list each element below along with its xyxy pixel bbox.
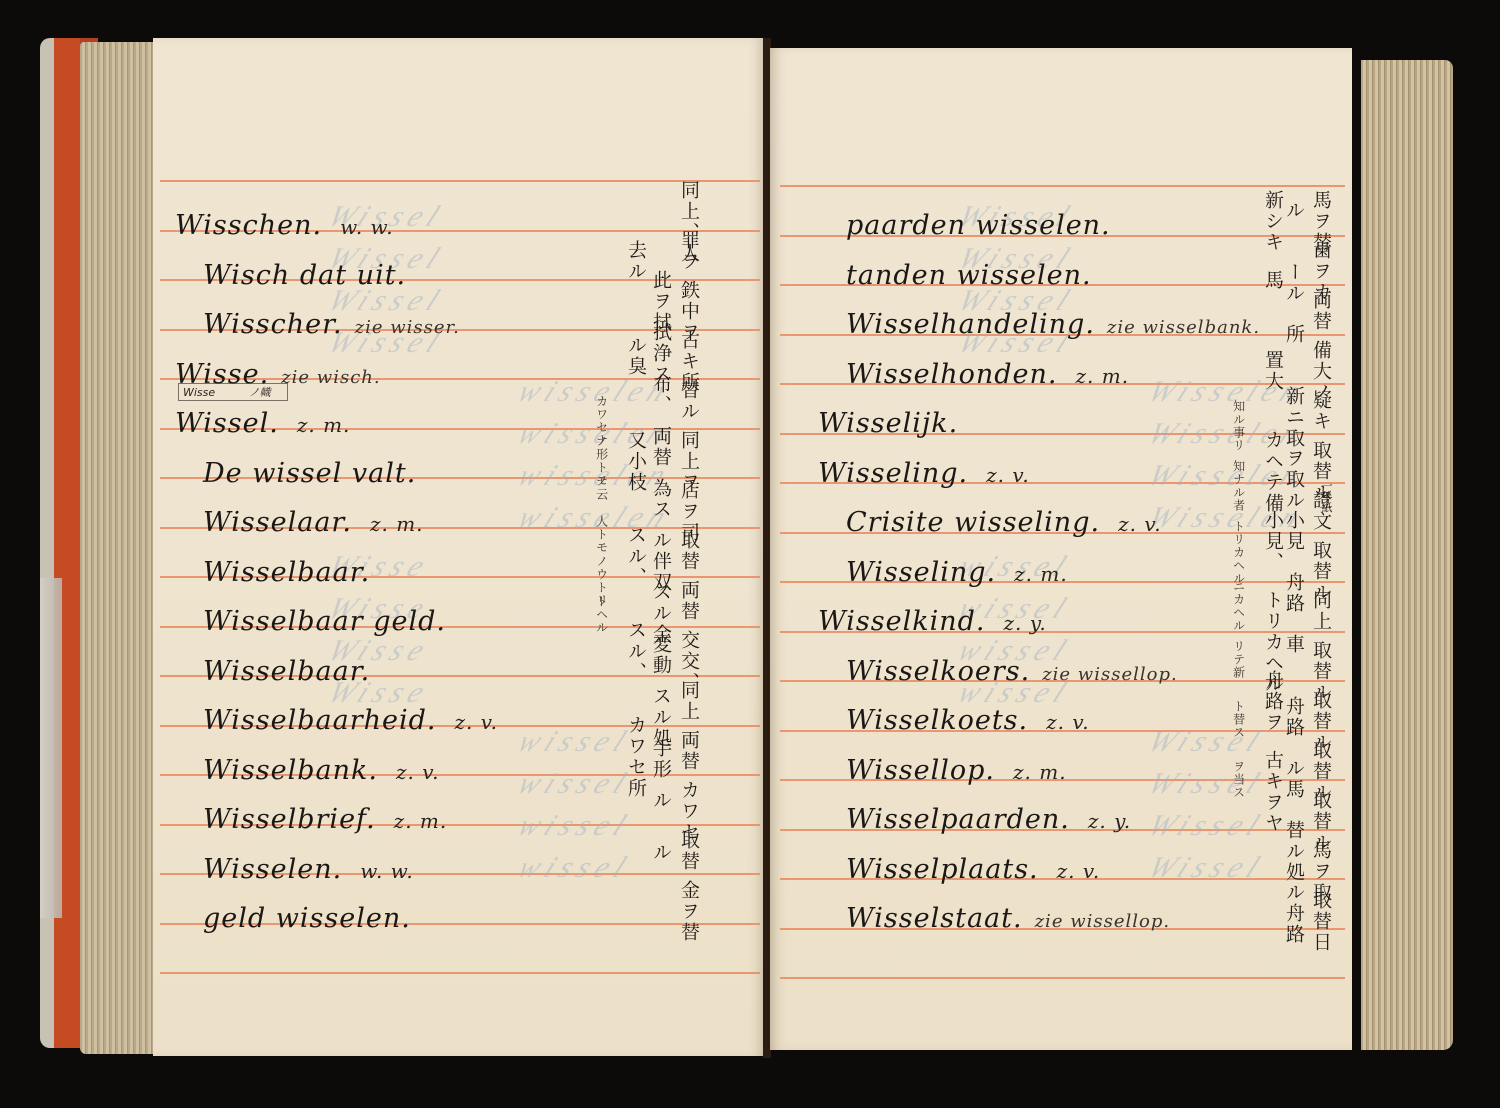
japanese-gloss: 同上 — [1310, 590, 1330, 632]
japanese-gloss-tertiary: カヘテ備 — [1262, 430, 1282, 514]
japanese-gloss-secondary: 替ル処 — [1283, 820, 1303, 883]
entry-grammar: z. v. — [986, 463, 1030, 487]
dictionary-entry: Wisscher.zie wisser. — [203, 309, 460, 340]
ruled-line — [780, 977, 1345, 979]
dictionary-entry: Wissel.z. m. — [175, 408, 350, 439]
japanese-small-gloss: トリカヘル — [1232, 520, 1245, 585]
entry-headword: Wisselpaarden. — [846, 804, 1070, 835]
dictionary-entry: Wisselbaar. — [203, 656, 370, 687]
dictionary-entry: Wisselhonden.z. m. — [846, 359, 1129, 390]
dictionary-entry: paarden wisselen. — [846, 210, 1111, 241]
entry-grammar: z. m. — [297, 413, 351, 437]
entry-headword: Wisch dat uit. — [203, 260, 406, 291]
japanese-small-gloss: ヲ当ス — [1232, 760, 1245, 799]
dictionary-entry: Wisselpaarden.z. y. — [846, 804, 1131, 835]
japanese-small-gloss: リテ新 — [1232, 640, 1245, 679]
japanese-small-gloss: 知ナル者 — [1232, 460, 1245, 512]
entry-cross-reference: zie wisch. — [281, 367, 380, 388]
japanese-gloss: 證文 — [1310, 490, 1330, 532]
entry-headword: Wisselkoets. — [846, 705, 1028, 736]
japanese-small-gloss: 知ル事リ — [1232, 400, 1245, 452]
entry-headword: Wisselkind. — [818, 606, 986, 637]
dictionary-entry: Wisseling.z. v. — [818, 458, 1030, 489]
japanese-gloss-secondary: 為ス — [650, 478, 670, 520]
japanese-gloss-tertiary: 舟路ヲ — [1262, 670, 1282, 733]
ruled-line — [780, 185, 1345, 187]
entry-grammar: z. y. — [1088, 809, 1131, 833]
entry-headword: Wisselbaarheid. — [203, 705, 437, 736]
entry-headword: Wisselhonden. — [846, 359, 1058, 390]
entry-cross-reference: zie wisser. — [355, 317, 460, 338]
japanese-gloss-tertiary: 小見、 — [1262, 510, 1282, 573]
dictionary-entry: De wissel valt. — [203, 458, 416, 489]
japanese-gloss-tertiary: ル臭 — [625, 335, 645, 377]
japanese-gloss-secondary: 所 — [1283, 324, 1303, 345]
japanese-gloss: 金ヲ替 — [678, 880, 698, 943]
dictionary-entry: Wisse.zie wisch. — [175, 359, 381, 390]
bleed-through-text: wissel — [512, 851, 637, 885]
dictionary-entry: Wisselaar.z. m. — [203, 507, 424, 538]
entry-headword: Wissel. — [175, 408, 279, 439]
page-edges-right — [1361, 60, 1453, 1050]
dictionary-entry: Wisselkoers.zie wissellop. — [846, 656, 1178, 687]
japanese-small-gloss: ノ云 — [595, 475, 608, 501]
dictionary-entry: Wisselbaarheid.z. v. — [203, 705, 498, 736]
entry-headword: De wissel valt. — [203, 458, 416, 489]
dictionary-entry: Wisch dat uit. — [203, 260, 406, 291]
japanese-gloss-tertiary: カワセ所 — [625, 715, 645, 799]
entry-headword: Wisselhandeling. — [846, 309, 1095, 340]
japanese-small-gloss: ト替ス — [1232, 700, 1245, 739]
japanese-gloss-tertiary: 古キヲヤ — [1262, 750, 1282, 834]
entry-headword: Wisschen. — [175, 210, 322, 241]
japanese-gloss: 取替 — [678, 830, 698, 872]
entry-grammar: w. w. — [360, 859, 414, 883]
entry-headword: tanden wisselen. — [846, 260, 1092, 291]
japanese-gloss: 両替 — [678, 730, 698, 772]
dictionary-entry: Wisschen.w. w. — [175, 210, 394, 241]
japanese-gloss-secondary: ル — [650, 842, 670, 863]
japanese-gloss-secondary: 手形 — [650, 738, 670, 780]
dictionary-entry: Crisite wisseling.z. v. — [846, 507, 1162, 538]
japanese-gloss-secondary: ヲ取ル — [1283, 448, 1303, 511]
bleed-through-text: Wissel — [1142, 809, 1271, 843]
japanese-gloss-secondary: 小見 — [1283, 510, 1303, 552]
entry-grammar: z. m. — [1014, 562, 1068, 586]
dictionary-entry: Wisselhandeling.zie wisselbank. — [846, 309, 1260, 340]
japanese-gloss-tertiary: スル、 — [625, 525, 645, 588]
entry-headword: Wisselijk. — [818, 408, 958, 439]
entry-grammar: w. w. — [340, 215, 394, 239]
bleed-through-text: Wissel — [1142, 851, 1271, 885]
entry-grammar: z. m. — [1013, 760, 1067, 784]
japanese-gloss-tertiary: スル、 — [625, 620, 645, 683]
entry-headword: Wisselaar. — [203, 507, 352, 538]
entry-grammar: z. v. — [396, 760, 440, 784]
entry-grammar: z. v. — [455, 710, 499, 734]
entry-headword: Wisselbaar. — [203, 656, 370, 687]
japanese-small-gloss: ニカヘル — [1232, 580, 1245, 632]
dictionary-entry: tanden wisselen. — [846, 260, 1092, 291]
entry-headword: Wisselstaat. — [846, 903, 1023, 934]
dictionary-entry: Wisselstaat.zie wissellop. — [846, 903, 1170, 934]
entry-headword: Wisselbrief. — [203, 804, 376, 835]
entry-headword: Crisite wisseling. — [846, 507, 1100, 538]
dictionary-entry: Wisselbank.z. v. — [203, 755, 440, 786]
japanese-gloss-secondary: ール — [1283, 262, 1303, 304]
japanese-gloss-tertiary: 置大 — [1262, 350, 1282, 392]
entry-headword: Wisselplaats. — [846, 854, 1039, 885]
japanese-gloss: 替ル — [678, 380, 698, 422]
entry-headword: Wisselbaar. — [203, 557, 370, 588]
dictionary-entry: Wissellop.z. m. — [846, 755, 1067, 786]
entry-grammar: z. m. — [370, 512, 424, 536]
bleed-through-text: wissel — [512, 725, 637, 759]
japanese-gloss-secondary: 車 — [1283, 634, 1303, 655]
entry-cross-reference: zie wissellop. — [1035, 911, 1171, 932]
entry-cross-reference: zie wissellop. — [1042, 664, 1178, 685]
entry-headword: paarden wisselen. — [846, 210, 1111, 241]
japanese-gloss-secondary: ル馬 — [1283, 758, 1303, 800]
japanese-gloss: 同上 — [678, 680, 698, 722]
dictionary-entry: geld wisselen. — [203, 903, 411, 934]
japanese-gloss-secondary: 布、 — [650, 374, 670, 416]
dictionary-entry: Wisseling.z. m. — [846, 557, 1068, 588]
japanese-gloss-secondary: 変動 — [650, 634, 670, 676]
dictionary-entry: Wisselkind.z. y. — [818, 606, 1047, 637]
dictionary-entry: Wisselen.w. w. — [203, 854, 414, 885]
japanese-gloss: 両替 — [678, 580, 698, 622]
japanese-gloss-secondary: 新ニ取 — [1283, 386, 1303, 449]
dictionary-entry: Wisselkoets.z. v. — [846, 705, 1090, 736]
entry-grammar: z. v. — [1057, 859, 1101, 883]
dictionary-entry: Wisselplaats.z. v. — [846, 854, 1100, 885]
entry-headword: Wisseling. — [846, 557, 996, 588]
entry-grammar: z. v. — [1118, 512, 1162, 536]
entry-headword: Wisse. — [175, 359, 269, 390]
entry-headword: Wisselkoers. — [846, 656, 1030, 687]
entry-cross-reference: zie wisselbank. — [1107, 317, 1260, 338]
ruled-line — [160, 180, 760, 182]
entry-grammar: z. m. — [394, 809, 448, 833]
japanese-gloss-secondary: ル舟路 — [1283, 882, 1303, 945]
entry-headword: geld wisselen. — [203, 903, 411, 934]
japanese-gloss-tertiary: 去ル — [625, 240, 645, 282]
dictionary-entry: Wisselijk. — [818, 408, 958, 439]
japanese-gloss-secondary: 両替 — [650, 426, 670, 468]
japanese-gloss: 罪ヲ — [678, 230, 698, 272]
dictionary-entry: Wisselbaar. — [203, 557, 370, 588]
entry-headword: Wisselbaar geld. — [203, 606, 446, 637]
dictionary-entry: Wisselbaar geld. — [203, 606, 446, 637]
japanese-gloss: 取替日 — [1310, 890, 1330, 953]
bleed-through-text: Wissel — [1142, 725, 1271, 759]
dictionary-entry: Wisselbrief.z. m. — [203, 804, 447, 835]
entry-headword: Wisscher. — [203, 309, 343, 340]
entry-grammar: z. v. — [1046, 710, 1090, 734]
page-edges-left — [80, 42, 156, 1054]
entry-headword: Wisseling. — [818, 458, 968, 489]
bleed-through-text: wissel — [512, 809, 637, 843]
japanese-gloss-secondary: ル — [650, 790, 670, 811]
ruled-line — [160, 972, 760, 974]
entry-headword: Wisselen. — [203, 854, 342, 885]
entry-grammar: z. y. — [1004, 611, 1047, 635]
entry-headword: Wisselbank. — [203, 755, 378, 786]
japanese-gloss-secondary: 舟路 — [1283, 572, 1303, 614]
japanese-gloss: 疑キ — [1310, 390, 1330, 432]
bleed-through-text: Wissel — [1142, 767, 1271, 801]
entry-grammar: z. m. — [1076, 364, 1130, 388]
japanese-gloss-tertiary: 馬 — [1262, 270, 1282, 291]
japanese-gloss: 取替 — [678, 530, 698, 572]
japanese-small-gloss: 人トモ — [595, 515, 608, 554]
entry-headword: Wissellop. — [846, 755, 995, 786]
bleed-through-text: wissel — [512, 767, 637, 801]
japanese-gloss-tertiary: 新シキ — [1262, 190, 1282, 253]
japanese-gloss-secondary: 舟路 — [1283, 696, 1303, 738]
japanese-gloss-secondary: ル — [1283, 200, 1303, 221]
japanese-gloss: 両替 — [1310, 290, 1330, 332]
japanese-small-gloss: トヘル — [595, 595, 608, 634]
japanese-gloss-tertiary: 又小枝 — [625, 430, 645, 493]
